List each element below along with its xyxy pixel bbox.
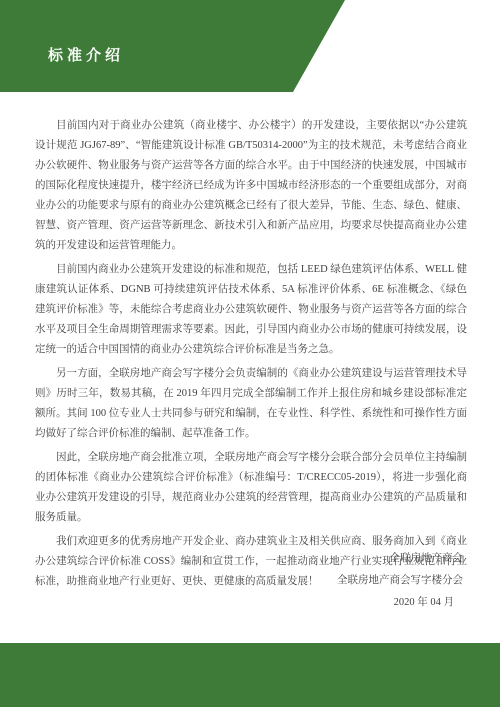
paragraph-intro-regulations: 目前国内对于商业办公建筑（商业楼宇、办公楼宇）的开发建设，主要依据以“办公建筑设…	[35, 116, 467, 256]
footer-band	[0, 643, 500, 707]
signature-branch: 全联房地产商会写字楼分会	[337, 570, 463, 592]
signature-date: 2020 年 04 月	[337, 592, 463, 614]
signature-org: 全联房地产商会	[337, 548, 463, 570]
paragraph-technical-guideline: 另一方面，全联房地产商会写字楼分会负责编制的《商业办公建筑建设与运营管理技术导则…	[35, 364, 467, 444]
page-title: 标准介绍	[48, 44, 124, 65]
paragraph-standard-approval: 因此，全联房地产商会批准立项，全联房地产商会写字楼分会联合部分会员单位主持编制的…	[35, 448, 467, 528]
document-page: 标准介绍 目前国内对于商业办公建筑（商业楼宇、办公楼宇）的开发建设，主要依据以“…	[0, 0, 500, 707]
document-body: 目前国内对于商业办公建筑（商业楼宇、办公楼宇）的开发建设，主要依据以“办公建筑设…	[35, 116, 467, 596]
paragraph-existing-standards: 目前国内商业办公建筑开发建设的标准和规范，包括 LEED 绿色建筑评估体系、WE…	[35, 260, 467, 360]
signature-block: 全联房地产商会 全联房地产商会写字楼分会 2020 年 04 月	[337, 548, 463, 614]
